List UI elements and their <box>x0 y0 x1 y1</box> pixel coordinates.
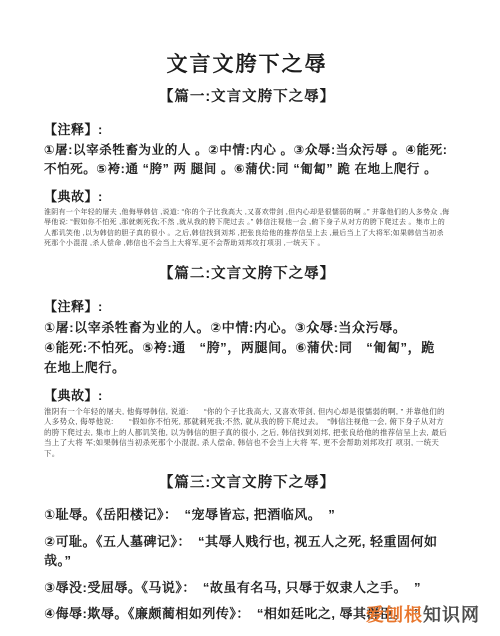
section-1-notes: ①屠:以宰杀牲畜为业的人 。②中情:内心 。③众辱:当众污辱 。④能死: 不怕死… <box>44 141 450 179</box>
section-2-story: 淮阴有一个年轻的屠夫, 他侮辱韩信, 说道: “你的个子比我高大, 又喜欢带剑,… <box>44 407 450 460</box>
section-1-story-label: 【典故】: <box>44 186 450 205</box>
section-2-notes: ①屠:以宰杀牲畜为业的人。②中情:内心。③众辱:当众污辱。 ④能死:不怕死。⑤袴… <box>44 318 450 378</box>
notes-line: ①屠:以宰杀牲畜为业的人。②中情:内心。③众辱:当众污辱。 <box>44 318 450 338</box>
site-logo[interactable]: 爱刨根知识网 <box>366 601 480 627</box>
definition-item: ①耻辱。《岳阳楼记》： “宠辱皆忘, 把酒临风。 ” <box>44 505 450 525</box>
definition-item: ②可耻。《五人墓碑记》： “其辱人贱行也, 视五人之死, 轻重固何如哉。” <box>44 532 450 571</box>
site-logo-orange-part: 爱刨根 <box>366 605 423 625</box>
section-1: 【篇一:文言文胯下之辱】 【注释】: ①屠:以宰杀牲畜为业的人 。②中情:内心 … <box>44 85 450 250</box>
section-1-notes-label: 【注释】: <box>44 119 450 138</box>
section-2-story-label: 【典故】: <box>44 385 450 404</box>
section-2-heading: 【篇二:文言文胯下之辱】 <box>44 262 450 283</box>
section-1-story: 淮阴有一个年轻的屠夫 ,他侮辱韩信 ,说道: “你的个子比我高大 ,又喜欢带剑 … <box>44 208 450 250</box>
document-page: 文言文胯下之辱 【篇一:文言文胯下之辱】 【注释】: ①屠:以宰杀牲畜为业的人 … <box>0 0 500 624</box>
page-title: 文言文胯下之辱 <box>44 48 450 78</box>
section-2: 【篇二:文言文胯下之辱】 【注释】: ①屠:以宰杀牲畜为业的人。②中情:内心。③… <box>44 262 450 460</box>
section-3-heading: 【篇三:文言文胯下之辱】 <box>44 471 450 492</box>
section-1-heading: 【篇一:文言文胯下之辱】 <box>44 85 450 106</box>
notes-line: 在地上爬行。 <box>44 358 450 378</box>
definition-item: ③辱没:受屈辱。《马说》： “故虽有名马, 只辱于奴隶人之手。 ” <box>44 578 450 598</box>
site-logo-dark-part: 知识网 <box>423 605 480 625</box>
section-2-notes-label: 【注释】: <box>44 296 450 315</box>
notes-line: 不怕死。⑤袴:通 “胯” 两 腿间 。⑥蒲伏:同 “匍匐” 跪 在地上爬行 。 <box>44 160 450 179</box>
notes-line: ④能死:不怕死。⑤袴:通 “胯”，两腿间。⑥蒲伏:同 “匍匐”，跪 <box>44 338 450 358</box>
notes-line: ①屠:以宰杀牲畜为业的人 。②中情:内心 。③众辱:当众污辱 。④能死: <box>44 141 450 160</box>
